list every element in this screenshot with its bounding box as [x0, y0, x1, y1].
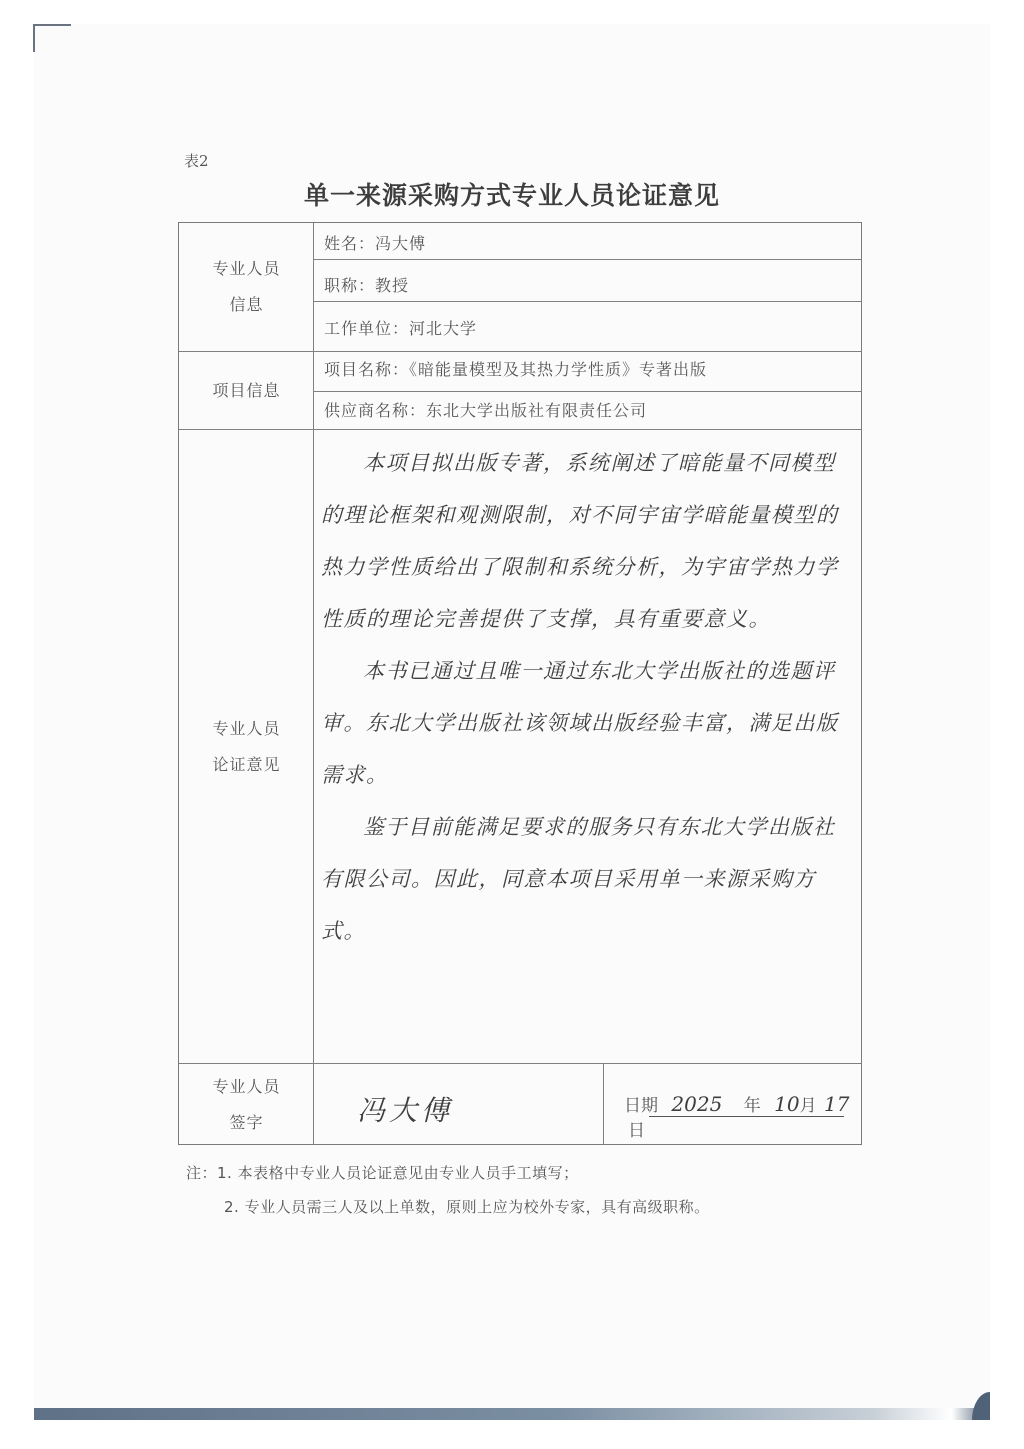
section-divider: [179, 429, 862, 430]
handwritten-signature: 冯大傅: [357, 1089, 453, 1129]
handwritten-opinion: 本项目拟出版专著，系统阐述了暗能量不同模型的理论框架和观测限制，对不同宇宙学暗能…: [321, 437, 851, 957]
date-month: 10: [774, 1092, 799, 1116]
signature-label: 专业人员 签字: [179, 1069, 314, 1141]
table-number: 表2: [184, 150, 209, 171]
expert-employer-field: 工作单位：河北大学: [324, 316, 477, 339]
opinion-paragraph: 鉴于目前能满足要求的服务只有东北大学出版社有限公司。因此，同意本项目采用单一来源…: [321, 801, 851, 957]
expert-title-field: 职称：教授: [324, 273, 409, 296]
opinion-paragraph: 本书已通过且唯一通过东北大学出版社的选题评审。东北大学出版社该领域出版经验丰富，…: [321, 645, 851, 801]
expert-name-field: 姓名：冯大傅: [324, 231, 426, 254]
date-year: 2025: [671, 1092, 722, 1116]
row-divider: [313, 391, 862, 392]
date-label: 日期: [624, 1096, 658, 1116]
opinion-label: 专业人员 论证意见: [179, 711, 314, 783]
demonstration-form: 专业人员 信息 姓名：冯大傅 职称：教授 工作单位：河北大学 项目信息 项目名称…: [178, 222, 862, 1145]
section-divider: [179, 351, 862, 352]
project-info-label: 项目信息: [179, 373, 314, 409]
note-1: 注：1. 本表格中专业人员论证意见由专业人员手工填写；: [186, 1156, 710, 1190]
scan-bottom-edge: [34, 1408, 990, 1420]
date-day: 17: [824, 1092, 849, 1116]
expert-info-label: 专业人员 信息: [179, 251, 314, 323]
row-divider: [313, 301, 862, 302]
label-column-divider: [313, 223, 314, 1066]
opinion-paragraph: 本项目拟出版专著，系统阐述了暗能量不同模型的理论框架和观测限制，对不同宇宙学暗能…: [321, 437, 851, 645]
section-divider: [179, 1063, 862, 1064]
date-column-divider: [603, 1063, 604, 1145]
form-notes: 注：1. 本表格中专业人员论证意见由专业人员手工填写； 2. 专业人员需三人及以…: [186, 1156, 710, 1224]
page-corner-mark: [33, 24, 71, 52]
supplier-name-field: 供应商名称：东北大学出版社有限责任公司: [324, 398, 647, 421]
date-underline: [649, 1116, 844, 1117]
row-divider: [313, 259, 862, 260]
project-name-field: 项目名称：《暗能量模型及其热力学性质》专著出版: [324, 357, 707, 380]
document-title: 单一来源采购方式专业人员论证意见: [0, 176, 1024, 212]
note-2: 2. 专业人员需三人及以上单数，原则上应为校外专家，具有高级职称。: [186, 1190, 710, 1224]
